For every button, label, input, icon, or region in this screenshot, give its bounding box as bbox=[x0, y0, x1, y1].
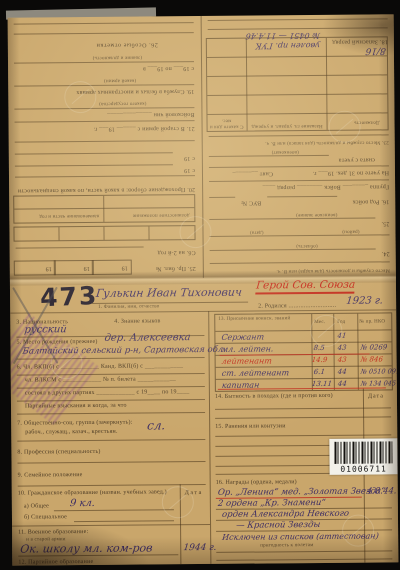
ruled-line bbox=[92, 302, 248, 304]
group-line-label: Группа ________ Войск ________ разряд __… bbox=[262, 182, 389, 191]
ruled-line bbox=[15, 164, 173, 166]
ruled-line bbox=[17, 386, 205, 389]
rank-row-order: № 134 0457 bbox=[360, 380, 398, 387]
old-army-label: 21. В старой армии с ______ 19___ г. bbox=[93, 124, 194, 132]
nationality-handwritten: русский bbox=[24, 325, 67, 335]
table-column-line bbox=[58, 227, 59, 240]
military-education-handwritten: Ок. школу мл. ком-ров bbox=[20, 542, 154, 554]
rank-promotion-table: 13. Присвоение воинск. званий Мес. Год №… bbox=[214, 312, 393, 392]
military-education-date: 1944 г. bbox=[183, 544, 217, 553]
table-column-line bbox=[246, 39, 248, 131]
ruled-line bbox=[15, 120, 195, 123]
training-camps-label: 20. Прохождение сборов: в какой части, п… bbox=[17, 185, 195, 194]
raion-label: (район) bbox=[342, 227, 359, 233]
table-header-unit: Название гл. управл. и учрежд. bbox=[250, 122, 324, 129]
ruled-line bbox=[54, 509, 174, 511]
barcode-bars bbox=[334, 441, 392, 464]
branch-of-service-label: 16. Род войск bbox=[352, 197, 389, 205]
since-19-stub: с 19 bbox=[184, 166, 195, 174]
party-membership-line3: состоял в других партиях ____________ с … bbox=[25, 389, 190, 398]
table-row-line bbox=[215, 329, 391, 332]
ruled-line bbox=[15, 175, 195, 178]
rank-row-month: 13.11 bbox=[311, 381, 332, 388]
mini-col-unit: наименование части и год bbox=[39, 212, 99, 219]
reserve-category-label: 18. Запасный разряд bbox=[332, 37, 388, 45]
year-stub: 19 bbox=[121, 263, 127, 271]
ruled-line bbox=[209, 217, 375, 219]
small-cells-row bbox=[13, 225, 195, 242]
rank-row-rank: лейтенант bbox=[221, 357, 272, 365]
wounds-label: 15. Ранения или контузии bbox=[215, 423, 286, 431]
service-period-label: с 19___ по 19___ в bbox=[143, 64, 194, 72]
family-status-label: 9. Семейное положение bbox=[18, 472, 83, 480]
civil-education-general-value: 9 кл. bbox=[69, 499, 95, 509]
rank-row-month: 14.9 bbox=[311, 357, 327, 364]
handwritten-discharge-1: уволен пр. ГУК bbox=[255, 41, 320, 50]
rank-table-label: 13. Присвоение воинск. званий bbox=[218, 316, 310, 323]
social-group-options: рабоч., служащ., казач., крестьян. bbox=[25, 429, 117, 437]
table-header-from-date: С какого дня и мес. bbox=[208, 116, 244, 129]
civil-education-general: а) Общее bbox=[24, 503, 49, 511]
ruled-line bbox=[14, 32, 194, 35]
military-rank-label: (воинское звание) bbox=[296, 211, 337, 218]
table-column-line bbox=[326, 38, 328, 130]
army-rank-label: Войсковой чин ______________ bbox=[107, 110, 195, 118]
field-24-number: 24. bbox=[382, 249, 390, 257]
ruled-line bbox=[17, 439, 205, 442]
field-25-number: 25. bbox=[381, 219, 389, 227]
hero-of-soviet-union-note: Герой Сов. Союза bbox=[255, 279, 355, 295]
year-stub: 19 bbox=[83, 263, 89, 271]
ruled-line bbox=[17, 399, 205, 402]
ruled-line bbox=[215, 434, 391, 437]
ruled-line bbox=[18, 554, 178, 556]
ruled-line bbox=[14, 22, 194, 25]
name-handwritten: Гулькин Иван Тихонович bbox=[95, 287, 242, 299]
table-row-line bbox=[207, 112, 387, 115]
year-stub: 19 bbox=[45, 264, 51, 272]
rank-row-rank: ст. лейтенант bbox=[221, 369, 289, 378]
ruled-line bbox=[74, 520, 174, 522]
registration-number-stamp: 473 bbox=[39, 281, 98, 313]
attestation-label: пригодность к полетам bbox=[260, 543, 313, 550]
ruled-line bbox=[216, 558, 392, 561]
name-label: 1. Фамилия, имя, отчество bbox=[98, 304, 159, 311]
ruled-line bbox=[216, 550, 392, 553]
rank-row-order: № 846 bbox=[360, 356, 383, 363]
ruled-line bbox=[209, 134, 389, 137]
ruled-line bbox=[17, 357, 205, 360]
ruled-line bbox=[16, 247, 144, 249]
rank-row-rank: мл. лейтен. bbox=[221, 345, 274, 353]
table-column-line bbox=[148, 226, 149, 239]
languages-label: 4. Знание языков bbox=[114, 318, 160, 326]
ruled-line bbox=[210, 234, 390, 237]
ruled-line bbox=[17, 461, 205, 464]
oblast-label: (область) bbox=[296, 242, 318, 248]
watermark bbox=[162, 486, 194, 518]
watermark bbox=[50, 347, 82, 379]
rank-row-year: 44 bbox=[337, 369, 347, 376]
watermark bbox=[342, 515, 374, 547]
rank-row-order: № 0510 091 bbox=[360, 368, 398, 375]
special-notes-label: 26. Особые отметки bbox=[96, 40, 158, 48]
ruled-line bbox=[215, 416, 391, 419]
party-education-label: 12. Партийное образование bbox=[18, 559, 93, 566]
ruled-line bbox=[209, 155, 329, 157]
date-column-header: Дата bbox=[368, 393, 384, 401]
since-19-stub: с 19 bbox=[184, 154, 195, 162]
rank-row-order: № 0269 bbox=[360, 344, 387, 351]
ruled-line bbox=[17, 373, 205, 376]
watermark bbox=[328, 111, 360, 143]
barcode-label: 01006711 bbox=[329, 438, 397, 475]
mini-col-duty: должностное положение bbox=[133, 211, 190, 218]
table-row-line bbox=[207, 55, 387, 58]
ruled-line bbox=[15, 152, 173, 154]
barcode-number: 01006711 bbox=[330, 464, 398, 474]
watermark bbox=[179, 216, 211, 248]
table-row-line bbox=[207, 93, 387, 96]
camp-mini-table: должностное положение наименование части… bbox=[13, 194, 195, 224]
party-membership-line2: чл. ВЛКСМ с ____________ № п. билета ___… bbox=[25, 376, 176, 385]
watermark bbox=[64, 81, 96, 113]
ruled-line bbox=[208, 27, 388, 30]
civil-education-special: б) Специальное bbox=[24, 514, 67, 522]
party-membership-line1: 6. Чл. ВКП(б) с ____________ Канд. ВКП(б… bbox=[17, 363, 184, 372]
service-record-table: Должность Название гл. управл. и учрежд.… bbox=[206, 36, 389, 132]
birthplace-handwritten-1: дер. Алексеевка bbox=[104, 333, 191, 344]
ruled-line bbox=[267, 196, 337, 198]
ruled-line bbox=[210, 261, 390, 264]
rank-row-year: 43 bbox=[337, 357, 347, 364]
ruled-line bbox=[209, 197, 235, 198]
handwritten-fraction: 8/16 bbox=[365, 45, 386, 54]
rank-row-year: 43 bbox=[337, 345, 347, 352]
rank-col-order: № пр. НКО bbox=[359, 319, 385, 325]
date-label: (дата) bbox=[250, 228, 264, 234]
removed-label: Снят ________ bbox=[232, 169, 273, 177]
awards-label: 16. Награды (ордена, медали) bbox=[216, 479, 297, 487]
service-place-23-label: 23. Место службы и должность (для запаса… bbox=[265, 138, 389, 145]
which-army-label: (какой армии) bbox=[104, 76, 136, 83]
award-line-2: 2 ордена „Кр. Знамени“ bbox=[217, 499, 326, 508]
ruled-line bbox=[208, 18, 388, 21]
social-group-label: 7. Общественно-соц. группа (зачеркнуть): bbox=[17, 420, 133, 429]
second-year-camp-label: Сб. на 2-й год bbox=[157, 248, 195, 256]
rank-and-duty-label: (звание и должность) bbox=[92, 53, 142, 60]
handwritten-discharge-2: № 0451 — 11.4.46 bbox=[245, 31, 320, 40]
ruled-line bbox=[215, 407, 391, 410]
award-line-4: — Красной Звезды bbox=[236, 521, 321, 530]
rank-row-rank: капитан bbox=[221, 382, 259, 390]
profession-label: 8. Профессия (специальность) bbox=[17, 449, 100, 457]
voenkomat-label: (военкомат) bbox=[271, 148, 298, 154]
registered-until-label: На учете по 31 дек. 19___ г. bbox=[313, 168, 389, 176]
rank-row-rank: Сержант bbox=[221, 333, 265, 341]
award-date-1: 4.8.44. bbox=[366, 487, 397, 496]
record-card: Место службы и должность (для кадра) или… bbox=[8, 14, 399, 565]
table-column-line bbox=[103, 227, 104, 240]
party-penalties-label: Партийные взыскания и когда, за что bbox=[25, 403, 127, 411]
civil-education-label: 10. Гражданское образование (назван. уче… bbox=[18, 489, 176, 498]
rank-row-month: 6.1 bbox=[313, 369, 325, 376]
table-row-line bbox=[207, 74, 387, 77]
which-state-label: (какого государства) bbox=[99, 99, 146, 106]
scanned-record-card-photo: Место службы и должность (для кадра) или… bbox=[0, 0, 400, 570]
deregistered-label: снята с учета bbox=[339, 155, 375, 163]
watermark bbox=[310, 315, 342, 347]
born-year-handwritten: 1923 г. bbox=[346, 296, 384, 306]
ruled-line bbox=[210, 248, 376, 250]
vus-label: ВУС № bbox=[241, 198, 261, 206]
card-front: 473 Гулькин Иван Тихонович 1. Фамилия, и… bbox=[10, 276, 398, 565]
ruled-line bbox=[15, 140, 195, 143]
social-group-handwritten: сл. bbox=[146, 419, 166, 431]
military-education-label: 11. Военное образование: bbox=[18, 529, 88, 537]
ruled-line bbox=[17, 412, 205, 415]
rank-row-year: 44 bbox=[337, 381, 347, 388]
campaigns-label: 14. Бытность в походах (где и против ког… bbox=[215, 393, 359, 402]
